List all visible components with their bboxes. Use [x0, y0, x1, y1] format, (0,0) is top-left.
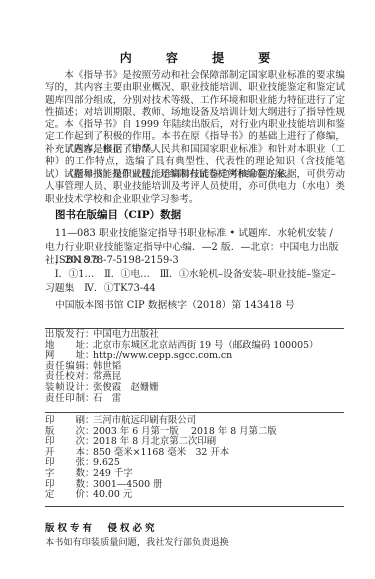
label-char: 定 — [45, 490, 54, 501]
info-row: 字数：249 千字 — [45, 469, 345, 480]
label-char: 发 — [65, 330, 74, 341]
info-row: 出版发行：中国电力出版社 — [45, 330, 345, 341]
isbn: ISBN 978-7-5198-2159-3 — [55, 254, 355, 268]
abstract-paragraph-3: 《指导书》是职业技能培训和技能鉴定考核命题的依据，可供劳动人事管理人员、职业技能… — [45, 169, 345, 206]
printing-info: 印刷：三河市航远印刷有限公司版次：2003 年 6 月第一版 2018 年 8 … — [45, 416, 345, 501]
info-label: 定价 — [45, 490, 85, 501]
info-label: 印刷 — [45, 416, 85, 427]
info-row: 装帧设计：张俊霞 赵姗姗 — [45, 383, 345, 394]
label-char: 装 — [45, 383, 54, 394]
info-label: 责任印制 — [45, 394, 85, 405]
label-char: 设 — [65, 383, 74, 394]
label-char: 字 — [45, 469, 54, 480]
label-char: 印 — [45, 416, 54, 427]
label-char: 制 — [76, 394, 85, 405]
colon: ： — [85, 490, 93, 501]
label-char: 刷 — [76, 416, 85, 427]
divider — [45, 506, 344, 507]
colon: ： — [85, 394, 93, 405]
info-value: 249 千字 — [93, 469, 133, 480]
label-char: 印 — [65, 394, 74, 405]
label-char: 版 — [55, 330, 64, 341]
cip-heading: 图书在版编目（CIP）数据 — [55, 207, 181, 222]
info-value: 中国电力出版社 — [93, 330, 159, 341]
info-value: 40.00 元 — [93, 490, 132, 501]
info-row: 定价：40.00 元 — [45, 490, 345, 501]
label-char: 任 — [55, 394, 64, 405]
info-value: 石 雷 — [93, 394, 121, 405]
label-char: 责 — [45, 394, 54, 405]
info-label: 出版发行 — [45, 330, 85, 341]
info-value: 张俊霞 赵姗姗 — [93, 383, 159, 394]
info-label: 字数 — [45, 469, 85, 480]
abstract-title: 内 容 提 要 — [45, 49, 345, 66]
divider — [45, 412, 344, 413]
label-char: 数 — [76, 469, 85, 480]
copyright-note: 本书如有印装质量问题，我社发行部负责退换 — [45, 534, 229, 548]
label-char: 价 — [76, 490, 85, 501]
info-row: 印刷：三河市航远印刷有限公司 — [45, 416, 345, 427]
info-label: 装帧设计 — [45, 383, 85, 394]
info-row: 责任印制：石 雷 — [45, 394, 345, 405]
colon: ： — [85, 330, 93, 341]
label-char: 行 — [76, 330, 85, 341]
cip-check-number: 中国版本图书馆 CIP 数据核字（2018）第 143418 号 — [55, 299, 355, 313]
label-char: 帧 — [55, 383, 64, 394]
colon: ： — [85, 416, 93, 427]
label-char: 出 — [45, 330, 54, 341]
label-char: 计 — [76, 383, 85, 394]
publication-info: 出版发行：中国电力出版社地址：北京市东城区北京站西街 19 号（邮政编码 100… — [45, 330, 345, 404]
colon: ： — [85, 469, 93, 480]
colon: ： — [85, 383, 93, 394]
info-value: 三河市航远印刷有限公司 — [93, 416, 196, 427]
copyright-notice: 版权专有 侵权必究 — [45, 520, 158, 534]
cip-classification: Ⅰ．①1… Ⅱ．①电… Ⅲ．①水轮机–设备安装–职业技能–鉴定–习题集 Ⅳ．①T… — [45, 268, 345, 295]
